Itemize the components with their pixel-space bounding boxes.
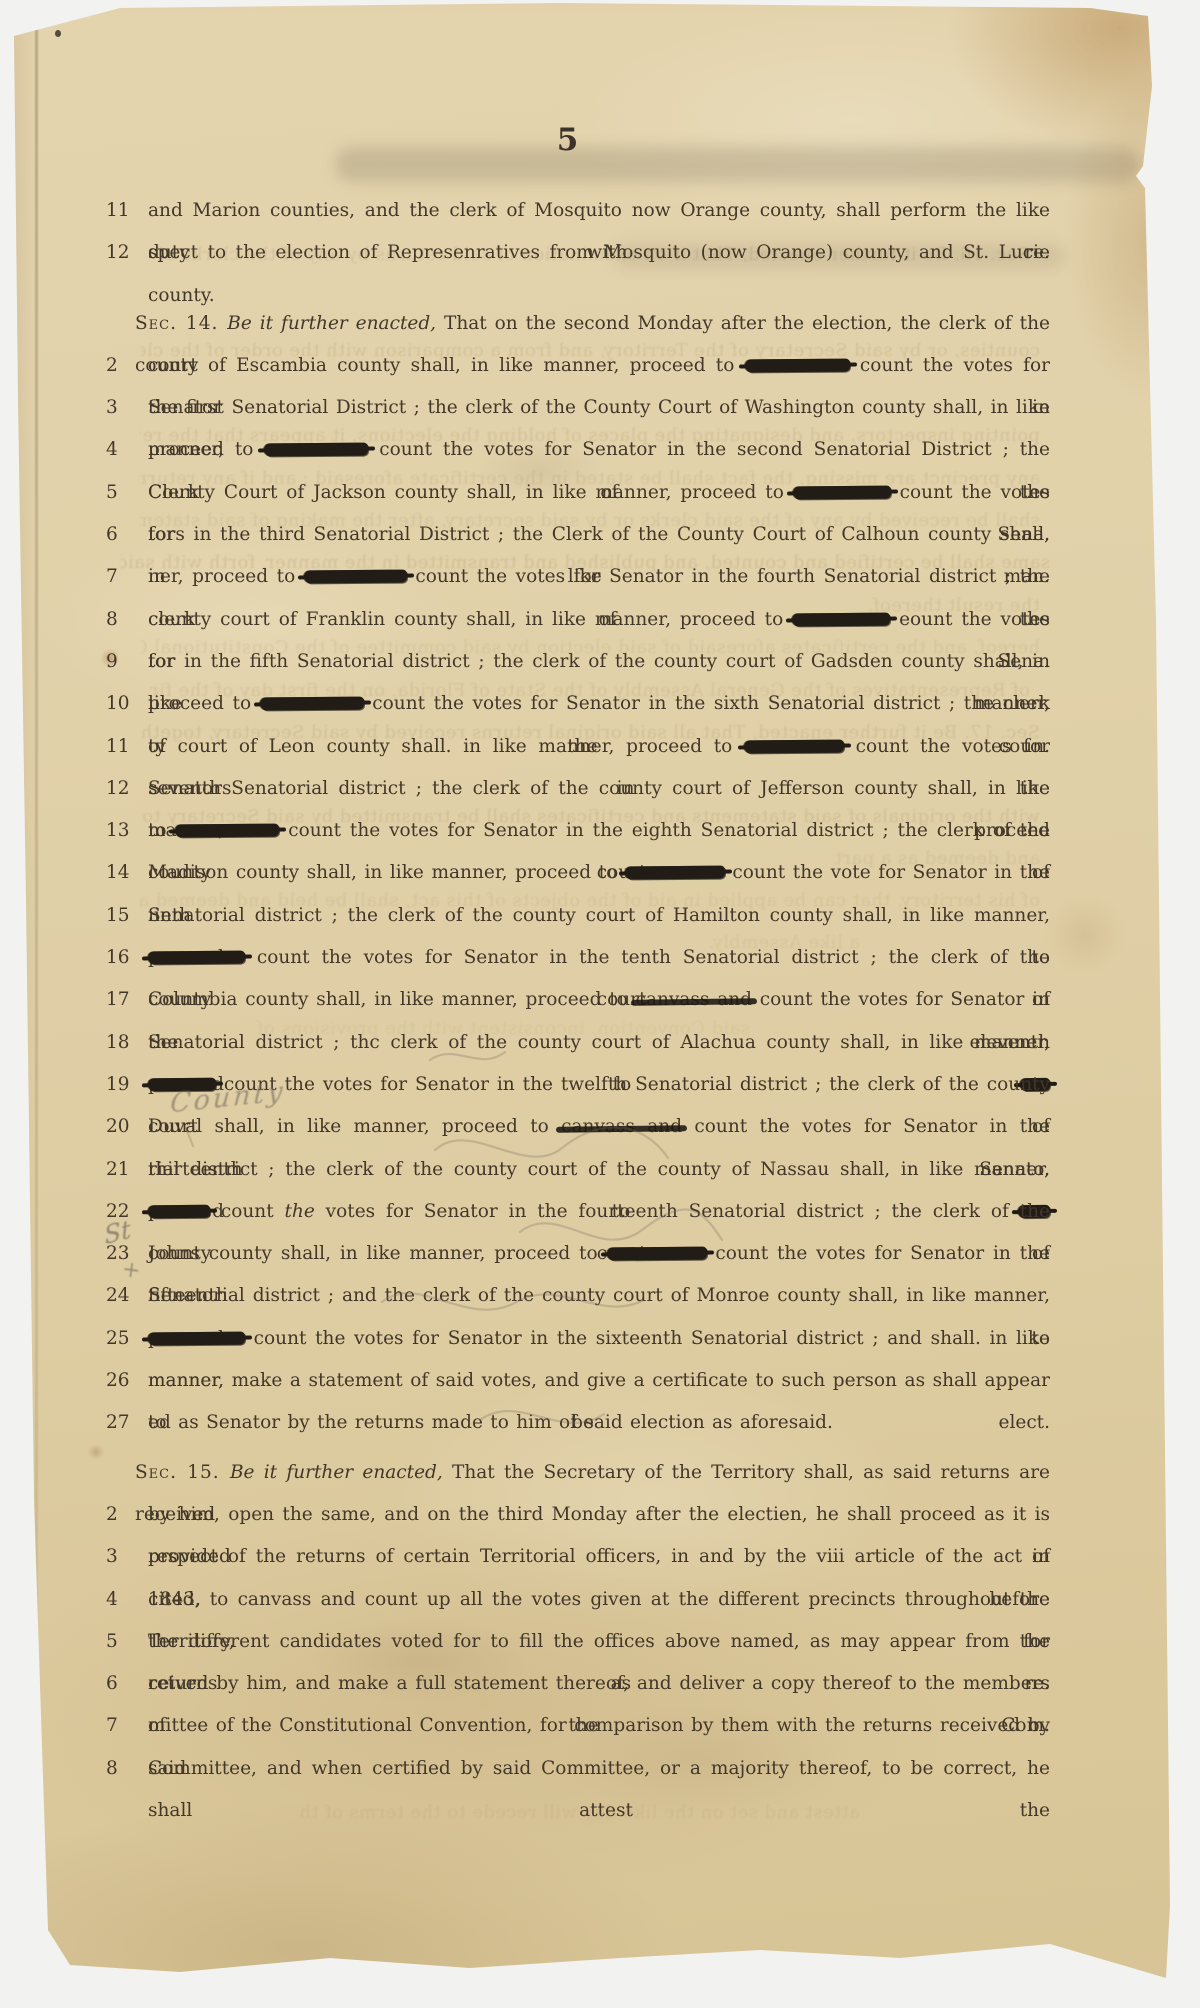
ink-redaction	[175, 824, 279, 838]
ink-redaction	[606, 1247, 706, 1261]
ink-redaction	[148, 1331, 245, 1345]
text-line: 6ceived by him, and make a full statemen…	[148, 1663, 1050, 1705]
text-segment: Be it further enacted,	[227, 313, 444, 334]
ink-redaction	[148, 951, 245, 965]
ink-redaction	[264, 443, 368, 457]
text-line: 9tor in the fifth Senatorial district ; …	[148, 641, 1050, 683]
text-segment: count	[210, 1201, 285, 1222]
line-number: 9	[106, 641, 142, 683]
text-segment: County Court of Jackson county shall, in…	[148, 482, 793, 503]
text-line: 16 count the votes for Senator in the te…	[148, 937, 1050, 979]
text-segment: Be it further enacted,	[230, 1462, 452, 1483]
line-number: 3	[106, 1536, 142, 1578]
line-number: 12	[106, 232, 142, 274]
line-number: 19	[106, 1064, 142, 1106]
line-number: 18	[106, 1022, 142, 1064]
text-line: 2by him, open the same, and on the third…	[148, 1494, 1050, 1536]
text-segment: proceed to	[148, 693, 260, 714]
ink-speck	[55, 30, 61, 37]
line-number: 2	[106, 1494, 142, 1536]
line-number: 24	[106, 1275, 142, 1317]
text-line: 20Duval shall, in like manner, proceed t…	[148, 1106, 1050, 1148]
line-number: 16	[106, 937, 142, 979]
text-line: 12spect to the election of Represenrativ…	[148, 232, 1050, 274]
line-number: 27	[106, 1402, 142, 1444]
text-line: 10proceed to count the votes for Senator…	[148, 683, 1050, 725]
text-line: 12seventh Senatorial district ; the cler…	[148, 768, 1050, 810]
struck-word: canvass and	[636, 989, 752, 1010]
text-line: 5County Court of Jackson county shall, i…	[148, 472, 1050, 514]
document-body: 11and Marion counties, and the clerk of …	[148, 0, 1050, 1790]
line-number: 4	[106, 429, 142, 471]
text-line: 6tors in the third Senatorial District ;…	[148, 514, 1050, 556]
text-segment: Committee, and when certified by said Co…	[148, 1758, 1050, 1821]
text-line: 5the different candidates voted for to f…	[148, 1621, 1050, 1663]
line-number: 26	[106, 1360, 142, 1402]
paragraph-s14: Sec. 14. Be it further enacted, That on …	[148, 303, 1050, 1445]
line-number: 21	[106, 1149, 142, 1191]
ink-redaction	[745, 358, 850, 372]
text-line: 3the first Senatorial District ; the cle…	[148, 387, 1050, 429]
text-line: 4cited, to canvass and count up all the …	[148, 1579, 1050, 1621]
line-number: 10	[106, 683, 142, 725]
line-number: 8	[106, 599, 142, 641]
line-number: 12	[106, 768, 142, 810]
text-line: Sec. 14. Be it further enacted, That on …	[135, 303, 1050, 345]
ink-redaction	[304, 570, 407, 584]
text-line: 25 count the votes for Senator in the si…	[148, 1318, 1050, 1360]
text-segment: Columbia county shall, in like manner, p…	[148, 989, 636, 1010]
paragraph-p1: 11and Marion counties, and the clerk of …	[148, 0, 1050, 275]
text-segment: proceed to	[148, 439, 264, 460]
line-number: 5	[106, 1621, 142, 1663]
text-line: Sec. 15. Be it further enacted, That the…	[135, 1452, 1050, 1494]
line-number: 23	[106, 1233, 142, 1275]
line-number: 2	[106, 345, 142, 387]
text-line: 13to count the votes for Senator in the …	[148, 810, 1050, 852]
text-segment: Madison county shall, in like manner, pr…	[148, 862, 625, 883]
scanned-document-photo: Sec. 16. Be it further enacted, That if …	[0, 0, 1200, 2008]
line-number: 17	[106, 979, 142, 1021]
paragraph-s15: Sec. 15. Be it further enacted, That the…	[148, 1452, 1050, 1790]
text-line: 21rial district ; the clerk of the count…	[148, 1149, 1050, 1191]
ink-redaction	[744, 739, 844, 753]
text-segment: Sec. 15.	[135, 1462, 230, 1483]
line-number: 15	[106, 895, 142, 937]
line-number: 22	[106, 1191, 142, 1233]
text-line: 7ner, proceed to count the votes for Sen…	[148, 556, 1050, 598]
text-segment: ty court of Leon county shall. in like m…	[148, 736, 744, 757]
struck-word: canvass and	[561, 1116, 682, 1137]
text-segment: ner, proceed to	[148, 566, 304, 587]
text-line: 24Senatorial district ; and the clerk of…	[148, 1275, 1050, 1317]
text-line: 23Johns county shall, in like manner, pr…	[148, 1233, 1050, 1275]
line-number: 8	[106, 1748, 142, 1790]
line-number: 14	[106, 852, 142, 894]
ink-redaction	[625, 866, 725, 880]
line-number: 20	[106, 1106, 142, 1148]
text-line: 8Committee, and when certified by said C…	[148, 1748, 1050, 1790]
text-segment: Sec. 14.	[135, 313, 227, 334]
ink-redaction	[792, 612, 890, 626]
text-line: 4proceed to count the votes for Senator …	[148, 429, 1050, 471]
text-segment: Johns county shall, in like manner, proc…	[148, 1243, 607, 1264]
text-line: 22 count the votes for Senator in the fo…	[148, 1191, 1050, 1233]
text-segment: ed as Senator by the returns made to him…	[148, 1412, 833, 1433]
text-line: 7mittee of the Constitutional Convention…	[148, 1705, 1050, 1747]
text-line: 8county court of Franklin county shall, …	[148, 599, 1050, 641]
text-line: 3respect of the returns of certain Terri…	[148, 1536, 1050, 1578]
text-line: 18Senatorial district ; thc clerk of the…	[148, 1022, 1050, 1064]
line-number: 13	[106, 810, 142, 852]
line-number: 11	[106, 726, 142, 768]
ink-redaction	[260, 697, 364, 711]
line-number: 25	[106, 1318, 142, 1360]
text-line: 15Senatorial district ; the clerk of the…	[148, 895, 1050, 937]
line-number: 5	[106, 472, 142, 514]
line-number: 7	[106, 1705, 142, 1747]
line-number: 6	[106, 514, 142, 556]
text-line: 11and Marion counties, and the clerk of …	[148, 190, 1050, 232]
fold-crease	[35, 0, 38, 1848]
text-line: 17Columbia county shall, in like manner,…	[148, 979, 1050, 1021]
ink-redaction	[148, 1078, 216, 1092]
line-number: 4	[106, 1579, 142, 1621]
text-line: 2court of Escambia county shall, in like…	[148, 345, 1050, 387]
text-segment: county court of Franklin county shall, i…	[148, 609, 792, 630]
text-line: 11ty court of Leon county shall. in like…	[148, 726, 1050, 768]
text-line: 27ed as Senator by the returns made to h…	[148, 1402, 1050, 1444]
text-segment: spect to the election of Represenratives…	[148, 242, 1050, 305]
line-number: 3	[106, 387, 142, 429]
text-line: 19 count the votes for Senator in the tw…	[148, 1064, 1050, 1106]
text-segment: court of Escambia county shall, in like …	[148, 355, 745, 376]
text-segment: Duval shall, in like manner, proceed to	[148, 1116, 561, 1137]
line-number: 6	[106, 1663, 142, 1705]
line-number: 11	[106, 190, 142, 232]
text-segment: the	[285, 1201, 315, 1222]
ink-redaction	[148, 1205, 210, 1219]
text-line: 26manner, make a statement of said votes…	[148, 1360, 1050, 1402]
document-page: Sec. 16. Be it further enacted, That if …	[0, 0, 1200, 2008]
ink-redaction	[793, 485, 891, 499]
text-line: 14Madison county shall, in like manner, …	[148, 852, 1050, 894]
line-number: 7	[106, 556, 142, 598]
